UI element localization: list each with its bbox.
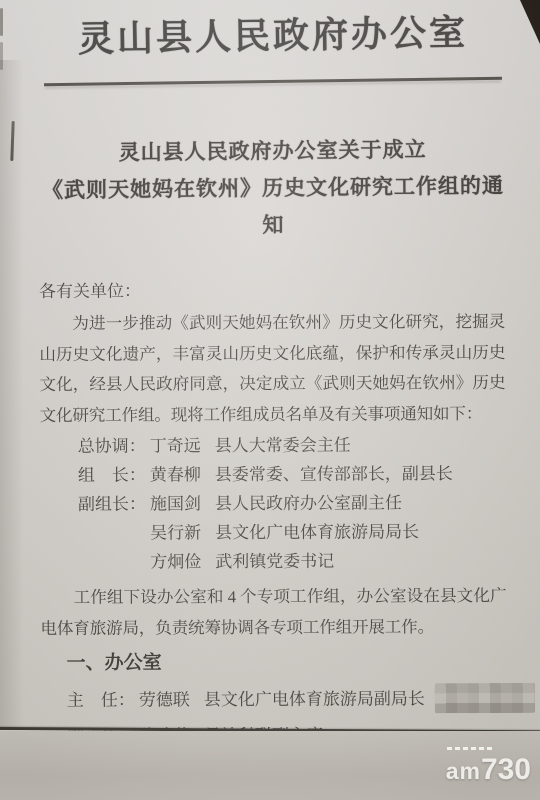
member-title: 县人民政府办公室副主任	[215, 493, 402, 513]
member-list: 总协调：丁奇远县人大常委会主任 组 长：黄春柳县委常委、宣传部部长，副县长 副组…	[40, 430, 507, 577]
member-title: 县委常委、宣传部部长，副县长	[215, 464, 453, 484]
member-role: 组 长：	[78, 460, 150, 489]
paragraph-intro: 为进一步推动《武则天她妈在钦州》历史文化研究，挖掘灵山历史文化遗产，丰富灵山历史…	[39, 306, 506, 430]
am730-watermark: am730	[446, 753, 531, 787]
member-role: 副主任：	[67, 718, 139, 754]
am730-watermark-num: 730	[481, 753, 531, 786]
document-page: 灵山县人民政府办公室 灵山县人民政府办公室关于成立 《武则天她妈在钦州》历史文化…	[0, 0, 540, 800]
member-name: 吴行新	[150, 518, 202, 547]
member-title: 县人大常委会主任	[215, 436, 351, 456]
member-role: 总协调：	[78, 431, 150, 460]
member-row: 总协调：丁奇远县人大常委会主任	[40, 430, 506, 461]
paragraph-structure: 工作组下设办公室和 4 个专项工作组，办公室设在县文化广电体育旅游局，负责统筹协…	[40, 581, 506, 644]
member-role: 副组长：	[78, 489, 150, 518]
document-photo: 灵山县人民政府办公室 灵山县人民政府办公室关于成立 《武则天她妈在钦州》历史文化…	[0, 0, 540, 800]
am730-watermark-am: am	[446, 758, 481, 784]
document-body: 各有关单位： 为进一步推动《武则天她妈在钦州》历史文化研究，挖掘灵山历史文化遗产…	[39, 274, 507, 754]
member-title: 县文化广电体育旅游局副局长	[204, 688, 425, 708]
censored-mosaic	[435, 682, 535, 712]
document-title: 灵山县人民政府办公室关于成立 《武则天她妈在钦州》历史文化研究工作组的通知	[39, 130, 506, 246]
member-name: 陈政莲	[139, 717, 191, 753]
member-row: 副组长：施国剑县人民政府办公室副主任	[40, 488, 506, 519]
member-row: 吴行新县文化广电体育旅游局局长	[40, 517, 506, 548]
letterhead-title: 灵山县人民政府办公室	[40, 12, 507, 60]
member-row: 组 长：黄春柳县委常委、宣传部部长，副县长	[40, 459, 506, 490]
salutation: 各有关单位：	[39, 274, 505, 306]
member-name: 方炯俭	[150, 547, 202, 576]
member-title: 县文化广电体育旅游局局长	[215, 522, 419, 542]
member-name: 劳德联	[139, 681, 191, 717]
am730-tagline-dashes-icon	[447, 747, 495, 750]
section-heading-office: 一、办公室	[41, 647, 507, 677]
member-role: 主 任：	[67, 682, 139, 718]
letterhead-rule	[44, 77, 502, 86]
member-name: 施国剑	[150, 489, 202, 518]
office-member-list: 主 任：劳德联县文化广电体育旅游局副局长 副主任：陈政莲县社科联副主席	[41, 680, 507, 754]
member-title: 武利镇党委书记	[215, 552, 334, 572]
document-title-line2: 《武则天她妈在钦州》历史文化研究工作组的通知	[40, 167, 507, 246]
member-name: 黄春柳	[150, 460, 202, 489]
document-title-line1: 灵山县人民政府办公室关于成立	[39, 130, 505, 172]
member-row: 副主任：陈政莲县社科联副主席	[41, 716, 507, 754]
member-name: 丁奇远	[150, 431, 202, 460]
member-row: 方炯俭武利镇党委书记	[40, 546, 506, 577]
member-row: 主 任：劳德联县文化广电体育旅游局副局长	[41, 680, 507, 718]
